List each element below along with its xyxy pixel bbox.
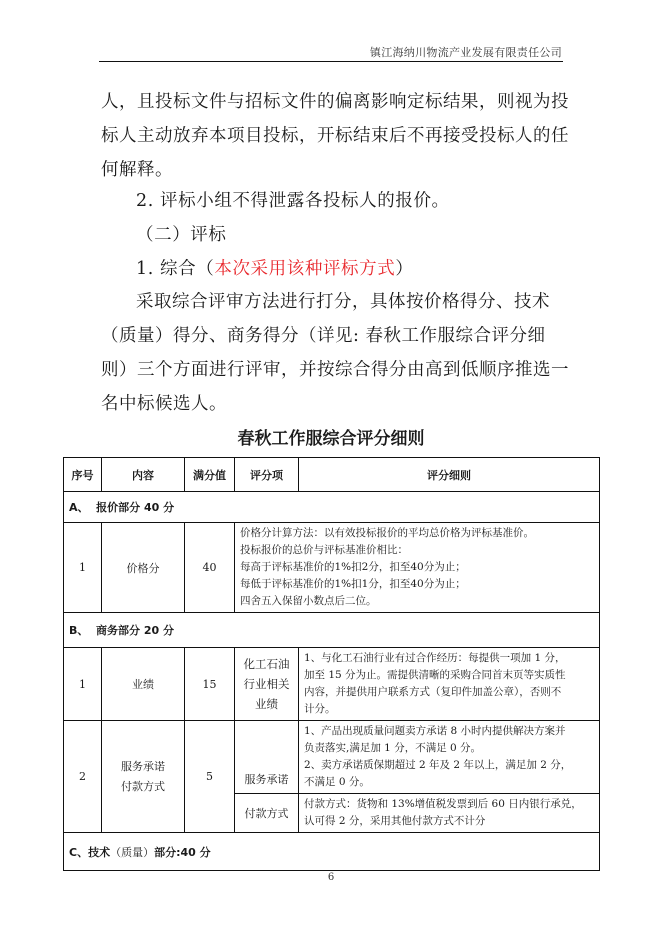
detail-line: 认可得 2 分，采用其他付款方式不计分 — [304, 813, 594, 830]
header-scoring-item: 评分项 — [235, 458, 299, 492]
row-scoring-item: 付款方式 — [235, 794, 299, 833]
section-a-row: A、 报价部分 40 分 — [64, 492, 600, 523]
row-scoring-item: 化工石油行业相关业绩 — [235, 648, 299, 721]
detail-line: 四舍五入保留小数点后二位。 — [240, 593, 594, 610]
row-details: 1、与化工石油行业有过合作经历：每提供一项加 1 分， 加至 15 分为止。需提… — [299, 648, 600, 721]
detail-line: 每高于评标基准价的1%扣2分，扣至40分为止； — [240, 559, 594, 576]
section-b-label: B、 商务部分 20 分 — [64, 613, 600, 648]
detail-line: 计分。 — [304, 701, 594, 718]
method-suffix: ） — [395, 259, 413, 279]
row-max: 15 — [185, 648, 235, 721]
table-row: 2 服务承诺 付款方式 5 服务承诺 1、产品出现质量问题卖方承诺 8 小时内提… — [64, 721, 600, 794]
method-highlight: 本次采用该种评标方式 — [214, 259, 395, 279]
section-c-row: C、技术（质量）部分:40 分 — [64, 833, 600, 871]
header-company-name: 镇江海纳川物流产业发展有限责任公司 — [370, 44, 562, 60]
section-a-label: A、 报价部分 40 分 — [64, 492, 600, 523]
row-content: 业绩 — [102, 648, 185, 721]
section-c-prefix: C、技术 — [69, 846, 110, 859]
table-title: 春秋工作服综合评分细则 — [0, 424, 662, 449]
paragraph-evaluation-method: 采取综合评审方法进行打分，具体按价格得分、技术（质量）得分、商务得分（详见: 春… — [101, 285, 571, 421]
detail-line: 投标报价的总价与评标基准价相比： — [240, 542, 594, 559]
row-details: 付款方式：货物和 13%增值税发票到后 60 日内银行承兑， 认可得 2 分，采… — [299, 794, 600, 833]
content-line: 服务承诺 — [107, 757, 179, 777]
row-content: 价格分 — [102, 523, 185, 613]
detail-line: 每低于评标基准价的1%扣1分，扣至40分为止； — [240, 576, 594, 593]
header-scoring-details: 评分细则 — [299, 458, 600, 492]
section-c-label: C、技术（质量）部分:40 分 — [64, 833, 600, 871]
content-line: 付款方式 — [107, 777, 179, 797]
row-max: 40 — [185, 523, 235, 613]
header-divider — [99, 61, 563, 62]
section-c-suffix: 部分:40 分 — [154, 846, 211, 859]
detail-line: 加至 15 分为止。需提供清晰的采购合同首末页等实质性 — [304, 667, 594, 684]
detail-line: 1、产品出现质量问题卖方承诺 8 小时内提供解决方案并 — [304, 723, 594, 740]
page-number: 6 — [0, 872, 662, 883]
row-scoring-item: 服务承诺 — [235, 721, 299, 794]
detail-line: 1、与化工石油行业有过合作经历：每提供一项加 1 分， — [304, 650, 594, 667]
item-2-confidentiality: 2. 评标小组不得泄露各投标人的报价。 — [136, 187, 450, 212]
section-heading-evaluation: （二）评标 — [136, 221, 227, 246]
row-no: 2 — [64, 721, 102, 833]
detail-line: 负责落实,满足加 1 分，不满足 0 分。 — [304, 740, 594, 757]
detail-line: 2、卖方承诺质保期超过 2 年及 2 年以上，满足加 2 分， — [304, 757, 594, 774]
section-c-quality: （质量） — [110, 846, 154, 859]
row-max: 5 — [185, 721, 235, 833]
table-header-row: 序号 内容 满分值 评分项 评分细则 — [64, 458, 600, 492]
detail-line: 内容，并提供用户联系方式（复印件加盖公章），否则不 — [304, 684, 594, 701]
table-row: 1 价格分 40 价格分计算方法：以有效投标报价的平均总价格为评标基准价。 投标… — [64, 523, 600, 613]
row-content: 服务承诺 付款方式 — [102, 721, 185, 833]
row-no: 1 — [64, 648, 102, 721]
scoring-table: 序号 内容 满分值 评分项 评分细则 A、 报价部分 40 分 1 价格分 40… — [63, 457, 600, 871]
row-no: 1 — [64, 523, 102, 613]
table-row: 1 业绩 15 化工石油行业相关业绩 1、与化工石油行业有过合作经历：每提供一项… — [64, 648, 600, 721]
header-no: 序号 — [64, 458, 102, 492]
paragraph-bid-deviation: 人，且投标文件与招标文件的偏离影响定标结果，则视为投标人主动放弃本项目投标，开标… — [101, 85, 571, 187]
detail-line: 付款方式：货物和 13%增值税发票到后 60 日内银行承兑， — [304, 796, 594, 813]
header-content: 内容 — [102, 458, 185, 492]
row-details: 价格分计算方法：以有效投标报价的平均总价格为评标基准价。 投标报价的总价与评标基… — [235, 523, 600, 613]
method-prefix: 1. 综合（ — [136, 259, 214, 279]
section-b-row: B、 商务部分 20 分 — [64, 613, 600, 648]
method-heading: 1. 综合（本次采用该种评标方式） — [136, 255, 413, 280]
header-max-score: 满分值 — [185, 458, 235, 492]
detail-line: 价格分计算方法：以有效投标报价的平均总价格为评标基准价。 — [240, 525, 594, 542]
row-details: 1、产品出现质量问题卖方承诺 8 小时内提供解决方案并 负责落实,满足加 1 分… — [299, 721, 600, 794]
detail-line: 不满足 0 分。 — [304, 774, 594, 791]
